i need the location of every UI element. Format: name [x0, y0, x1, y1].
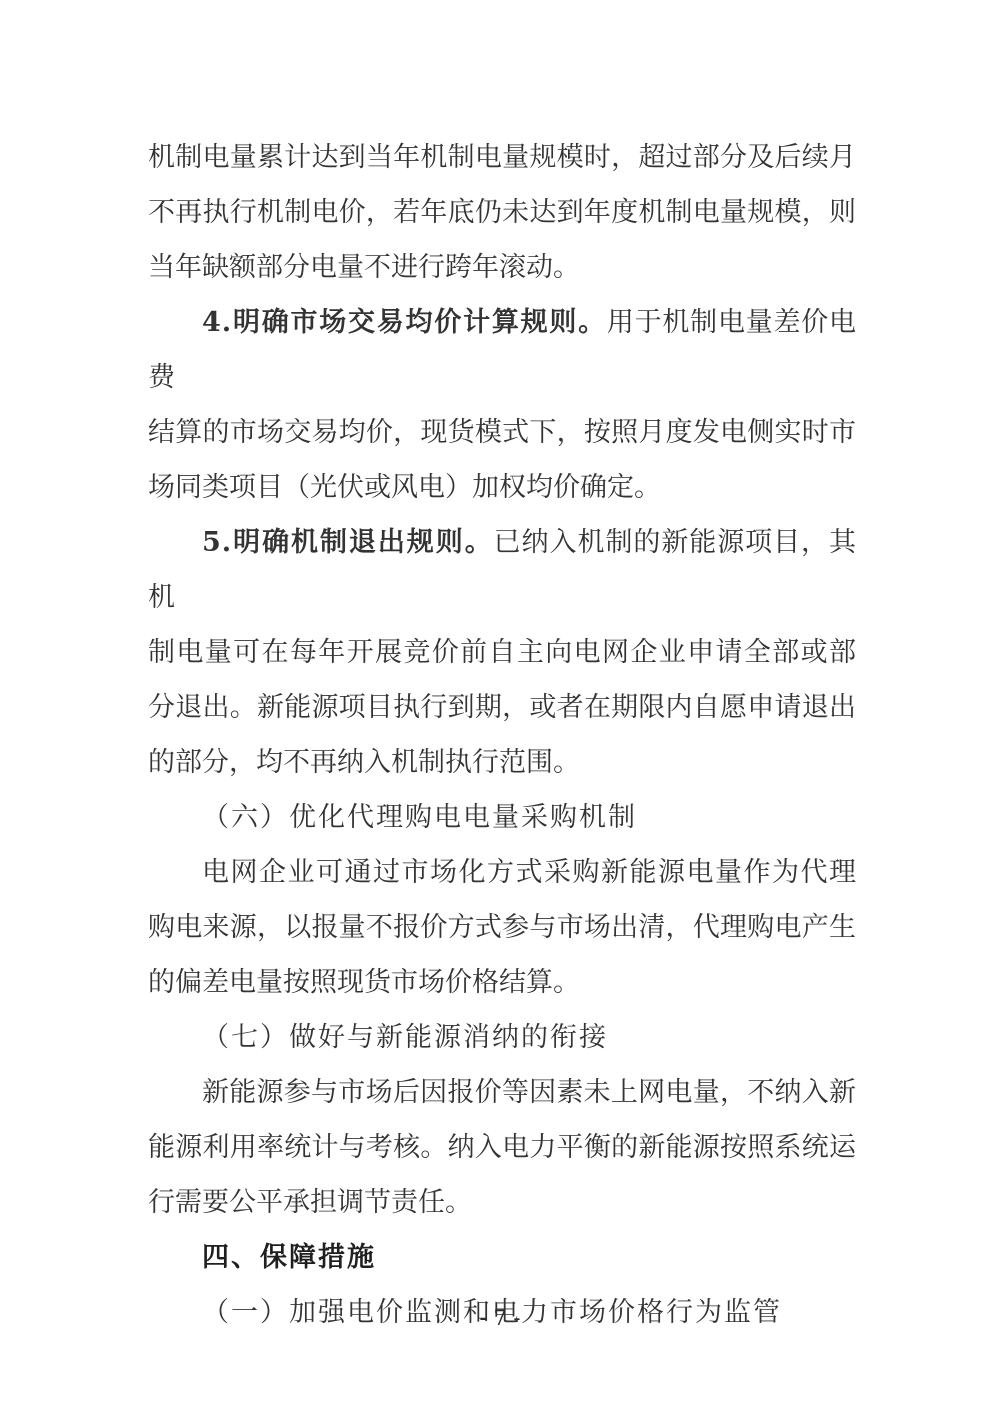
document-body: 机制电量累计达到当年机制电量规模时，超过部分及后续月 不再执行机制电价，若年底仍… [148, 130, 856, 1340]
body-line: 电网企业可通过市场化方式采购新能源电量作为代理 [148, 845, 856, 900]
document-page: 机制电量累计达到当年机制电量规模时，超过部分及后续月 不再执行机制电价，若年底仍… [0, 0, 1000, 1414]
numbered-item-line: 5.明确机制退出规则。已纳入机制的新能源项目，其机 [148, 515, 856, 625]
body-line: 当年缺额部分电量不进行跨年滚动。 [148, 240, 856, 295]
body-line: 不再执行机制电价，若年底仍未达到年度机制电量规模，则 [148, 185, 856, 240]
page-number: - 7 - [0, 1306, 1000, 1330]
body-line: 行需要公平承担调节责任。 [148, 1175, 856, 1230]
body-line: 制电量可在每年开展竞价前自主向电网企业申请全部或部 [148, 625, 856, 680]
body-line: 新能源参与市场后因报价等因素未上网电量，不纳入新 [148, 1065, 856, 1120]
body-line: 分退出。新能源项目执行到期，或者在期限内自愿申请退出 [148, 680, 856, 735]
body-line: 结算的市场交易均价，现货模式下，按照月度发电侧实时市 [148, 405, 856, 460]
section-heading: （六）优化代理购电电量采购机制 [148, 790, 856, 845]
body-line: 机制电量累计达到当年机制电量规模时，超过部分及后续月 [148, 130, 856, 185]
chapter-heading: 四、保障措施 [148, 1230, 856, 1285]
numbered-item-line: 4.明确市场交易均价计算规则。用于机制电量差价电费 [148, 295, 856, 405]
body-line: 的部分，均不再纳入机制执行范围。 [148, 735, 856, 790]
body-line: 购电来源，以报量不报价方式参与市场出清，代理购电产生 [148, 900, 856, 955]
body-line: 能源利用率统计与考核。纳入电力平衡的新能源按照系统运 [148, 1120, 856, 1175]
numbered-item-lead: 5.明确机制退出规则。 [202, 527, 494, 558]
section-heading: （七）做好与新能源消纳的衔接 [148, 1010, 856, 1065]
numbered-item-lead: 4.明确市场交易均价计算规则。 [202, 307, 607, 338]
body-line: 场同类项目（光伏或风电）加权均价确定。 [148, 460, 856, 515]
body-line: 的偏差电量按照现货市场价格结算。 [148, 955, 856, 1010]
